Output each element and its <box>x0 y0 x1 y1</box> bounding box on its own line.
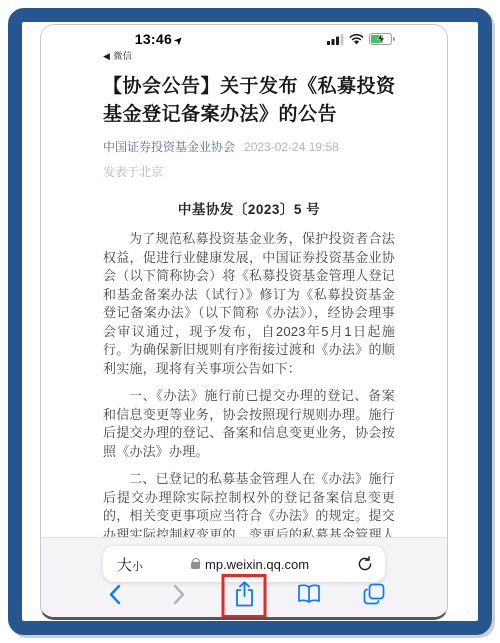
text-size-button[interactable]: 大小 <box>117 554 143 575</box>
paragraph-item-1: 一、《办法》施行前已提交办理的登记、备案和信息变更等业务，协会按照现行规则办理。… <box>103 387 395 461</box>
author-account-link[interactable]: 中国证券投资基金业协会 <box>103 140 235 154</box>
paragraph-intro: 为了规范私募投资基金业务，保护投资者合法权益，促进行业健康发展，中国证券投资基金… <box>103 230 395 378</box>
battery-charging-icon <box>369 33 395 45</box>
phone-screenshot: 13:46➤ ◀ 微信 <box>40 24 448 620</box>
back-button[interactable] <box>99 579 129 609</box>
url-text: mp.weixin.qq.com <box>205 557 309 572</box>
back-to-wechat-indicator[interactable]: ◀ 微信 <box>103 49 132 62</box>
status-bar-right <box>327 33 395 45</box>
article-meta: 中国证券投资基金业协会2023-02-24 19:58 <box>103 138 395 155</box>
forward-button[interactable] <box>164 579 194 609</box>
clock: 13:46 <box>135 31 172 47</box>
bookmarks-button[interactable] <box>294 579 324 609</box>
url-field[interactable]: mp.weixin.qq.com <box>143 557 357 572</box>
publish-location: 发表于北京 <box>103 163 395 180</box>
tabs-button[interactable] <box>359 579 389 609</box>
article-title: 【协会公告】关于发布《私募投资基金登记备案办法》的公告 <box>103 73 409 129</box>
publish-date: 2023-02-24 19:58 <box>244 140 339 154</box>
cellular-signal-icon <box>327 34 344 45</box>
lock-icon <box>191 562 200 569</box>
safari-bottom-bar: 大小 mp.weixin.qq.com <box>41 537 447 617</box>
wifi-icon <box>349 34 364 45</box>
share-button-highlight-annotation <box>222 574 267 618</box>
article-body: 【协会公告】关于发布《私募投资基金登记备案办法》的公告 中国证券投资基金业协会2… <box>41 25 447 563</box>
refresh-button[interactable] <box>357 556 373 572</box>
location-arrow-icon: ➤ <box>171 33 187 49</box>
status-bar-left: 13:46➤ <box>99 31 219 49</box>
document-number: 中基协发〔2023〕5 号 <box>103 198 395 218</box>
